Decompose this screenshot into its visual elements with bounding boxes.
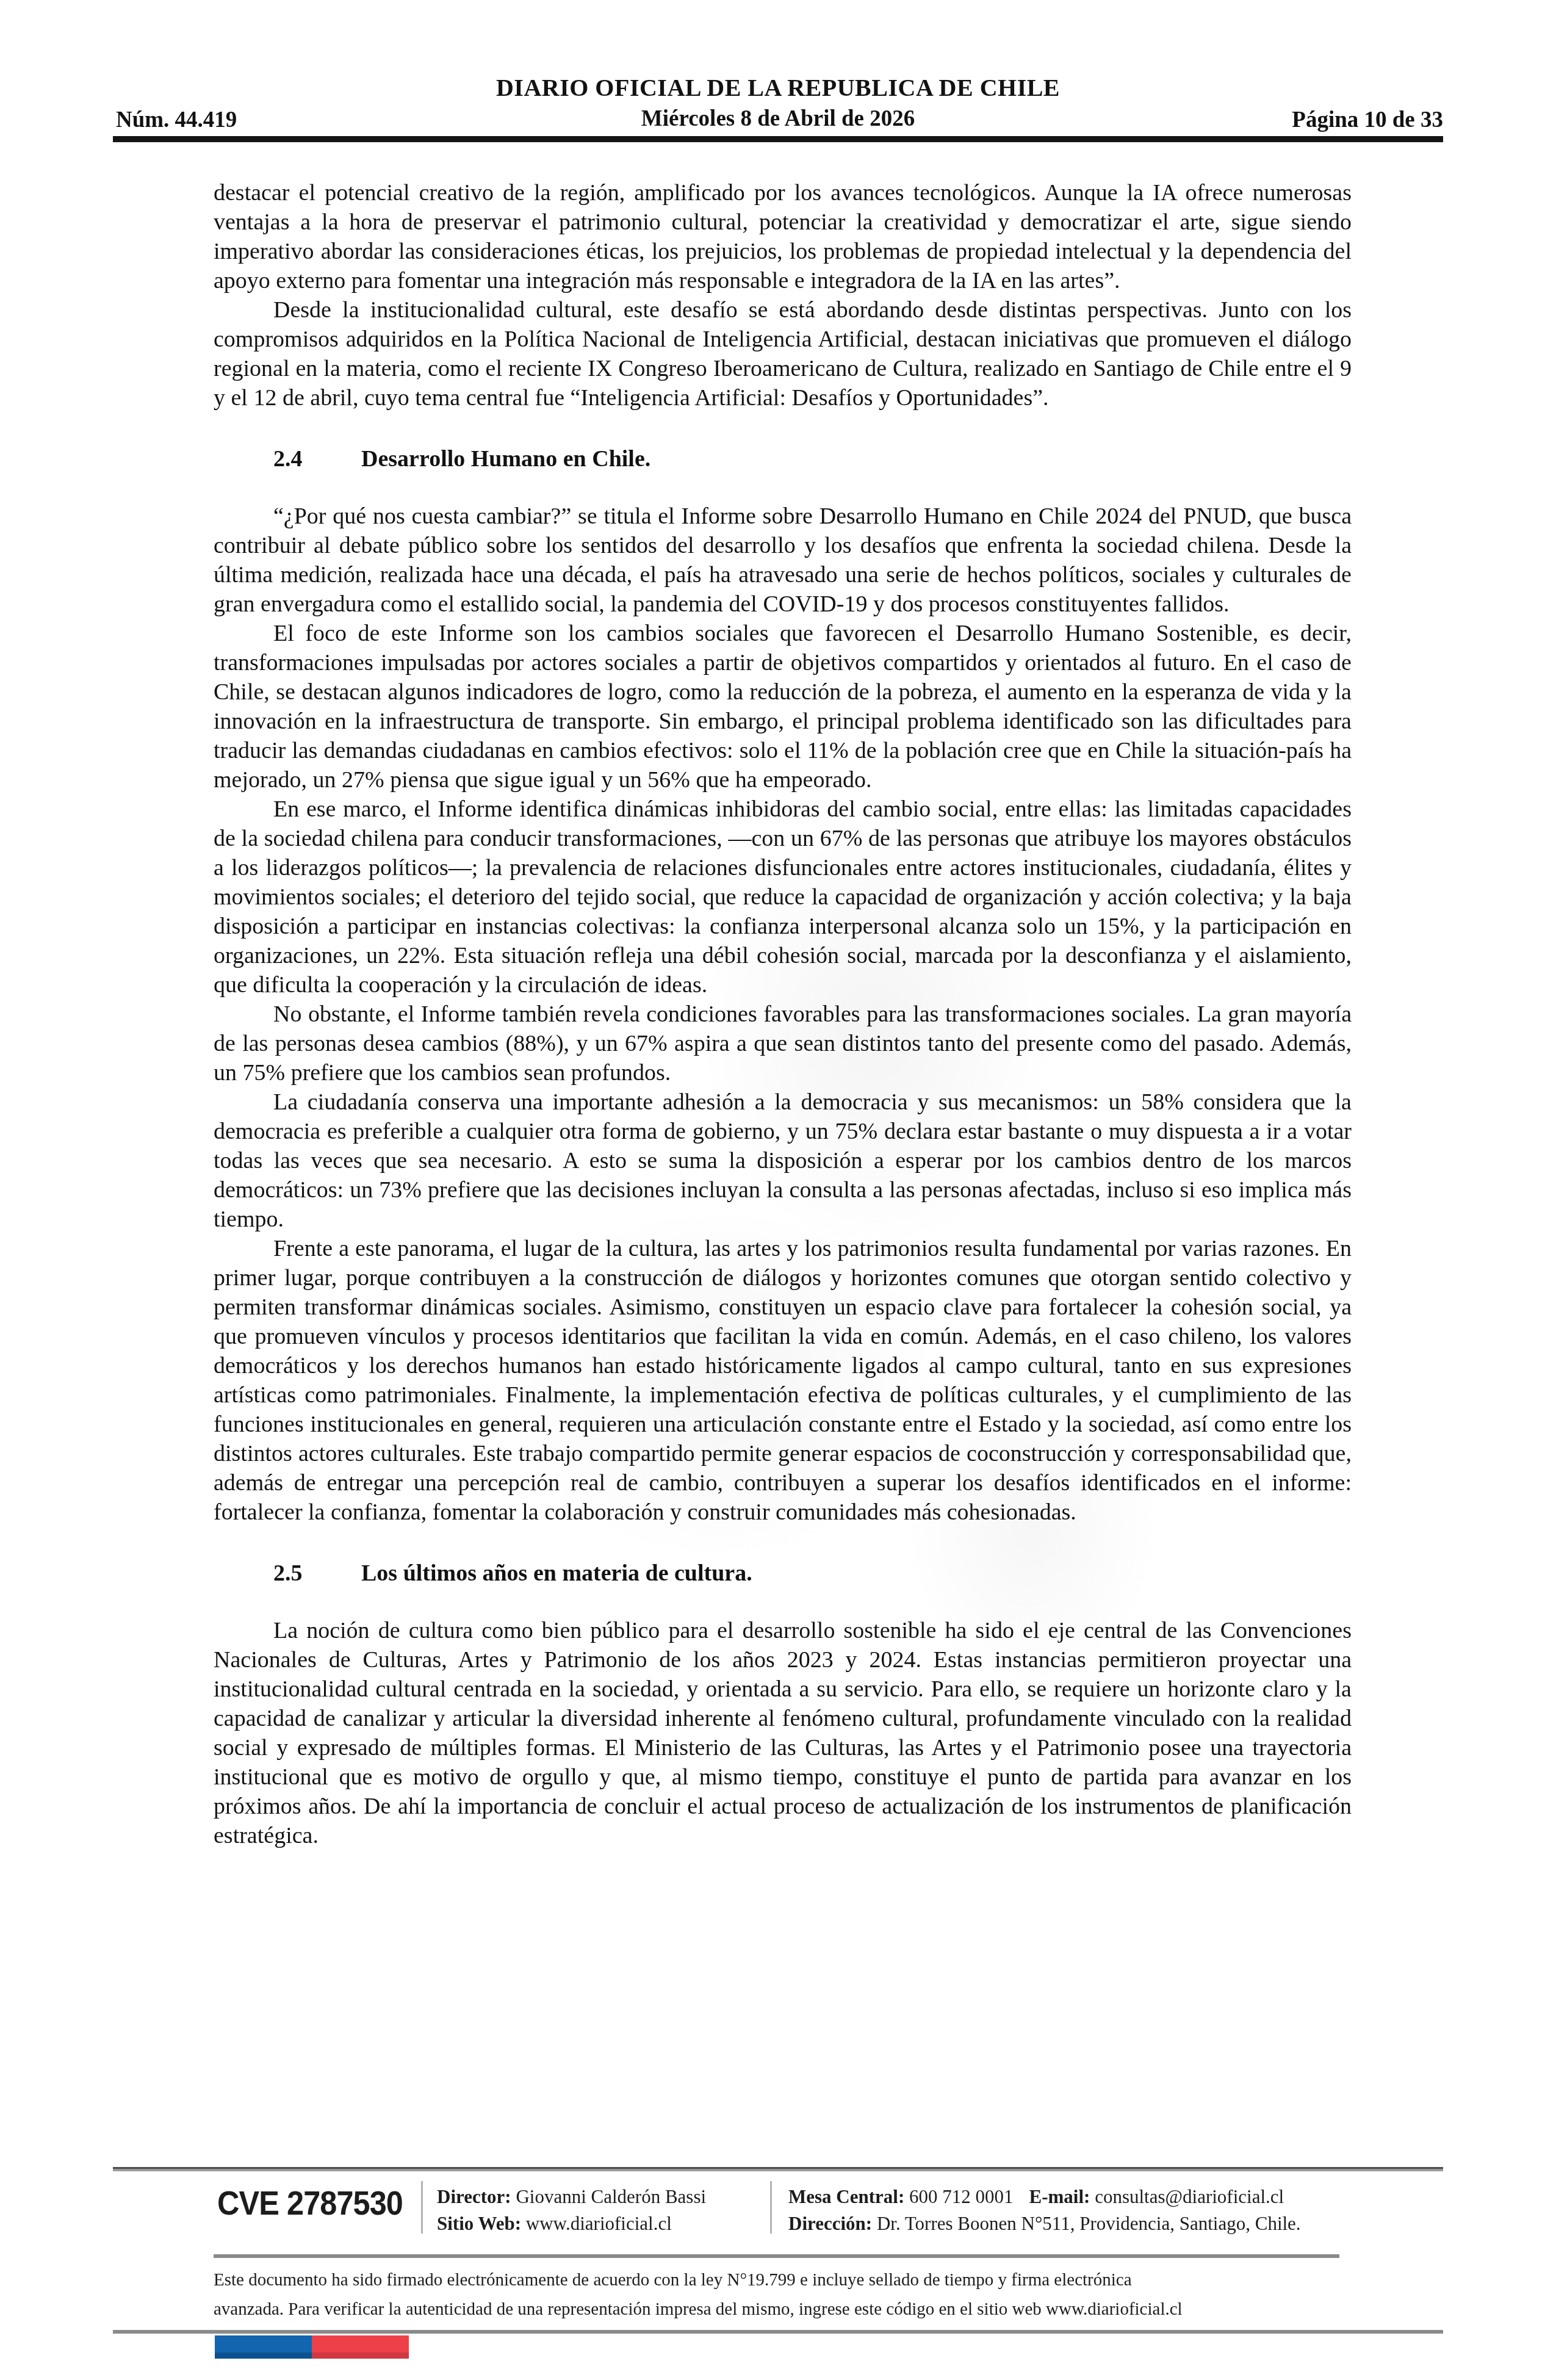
paragraph: Frente a este panorama, el lugar de la c…	[214, 1234, 1352, 1527]
direccion-line: Dirección: Dr. Torres Boonen N°511, Prov…	[788, 2210, 1301, 2237]
direccion-label: Dirección:	[788, 2213, 872, 2234]
section-heading-2-4: 2.4Desarrollo Humano en Chile.	[214, 444, 1352, 474]
section-number: 2.5	[273, 1559, 361, 1588]
sitio-web-label: Sitio Web:	[437, 2213, 521, 2234]
paragraph: No obstante, el Informe también revela c…	[214, 1000, 1352, 1087]
section-title: Desarrollo Humano en Chile.	[361, 446, 650, 472]
cve-code: CVE 2787530	[217, 2186, 403, 2220]
sitio-web-value: www.diarioficial.cl	[526, 2213, 672, 2234]
section-heading-2-5: 2.5Los últimos años en materia de cultur…	[214, 1559, 1352, 1588]
director-line: Director: Giovanni Calderón Bassi	[437, 2183, 706, 2210]
document-body: destacar el potencial creativo de la reg…	[214, 178, 1352, 1850]
header-rule	[113, 136, 1443, 142]
diario-oficial-page: DIARIO OFICIAL DE LA REPUBLICA DE CHILE …	[0, 0, 1556, 2380]
flag-blue-half	[215, 2335, 312, 2359]
footer-divider	[770, 2181, 772, 2234]
page-title: DIARIO OFICIAL DE LA REPUBLICA DE CHILE	[0, 74, 1556, 101]
footer-director-block: Director: Giovanni Calderón Bassi Sitio …	[437, 2183, 706, 2237]
flag-red-half	[312, 2335, 409, 2359]
email-value: consultas@diarioficial.cl	[1095, 2186, 1284, 2207]
mesa-central-line: Mesa Central: 600 712 0001E-mail: consul…	[788, 2183, 1301, 2210]
email-label: E-mail:	[1029, 2186, 1090, 2207]
paragraph: destacar el potencial creativo de la reg…	[214, 178, 1352, 295]
section-title: Los últimos años en materia de cultura.	[361, 1560, 752, 1586]
chile-government-flag-icon	[215, 2335, 409, 2359]
legal-line: avanzada. Para verificar la autenticidad…	[214, 2295, 1355, 2324]
mesa-central-label: Mesa Central:	[788, 2186, 904, 2207]
paragraph: El foco de este Informe son los cambios …	[214, 619, 1352, 795]
footer-contact-block: Mesa Central: 600 712 0001E-mail: consul…	[788, 2183, 1301, 2237]
paragraph: Desde la institucionalidad cultural, est…	[214, 295, 1352, 413]
legal-line: Este documento ha sido firmado electróni…	[214, 2265, 1355, 2295]
footer-divider	[421, 2181, 423, 2234]
page-indicator: Página 10 de 33	[1292, 107, 1443, 133]
footer-middle-rule	[214, 2254, 1339, 2258]
paragraph: “¿Por qué nos cuesta cambiar?” se titula…	[214, 502, 1352, 619]
mesa-central-value: 600 712 0001	[909, 2186, 1014, 2207]
legal-notice: Este documento ha sido firmado electróni…	[214, 2265, 1355, 2324]
paragraph: En ese marco, el Informe identifica diná…	[214, 795, 1352, 1000]
direccion-value: Dr. Torres Boonen N°511, Providencia, Sa…	[877, 2213, 1301, 2234]
director-label: Director:	[437, 2186, 511, 2207]
paragraph: La noción de cultura como bien público p…	[214, 1616, 1352, 1850]
director-value: Giovanni Calderón Bassi	[516, 2186, 706, 2207]
paragraph: La ciudadanía conserva una importante ad…	[214, 1087, 1352, 1234]
footer-bottom-rule	[113, 2330, 1443, 2334]
section-number: 2.4	[273, 444, 361, 474]
footer-top-rule	[113, 2167, 1443, 2171]
sitio-web-line: Sitio Web: www.diarioficial.cl	[437, 2210, 706, 2237]
